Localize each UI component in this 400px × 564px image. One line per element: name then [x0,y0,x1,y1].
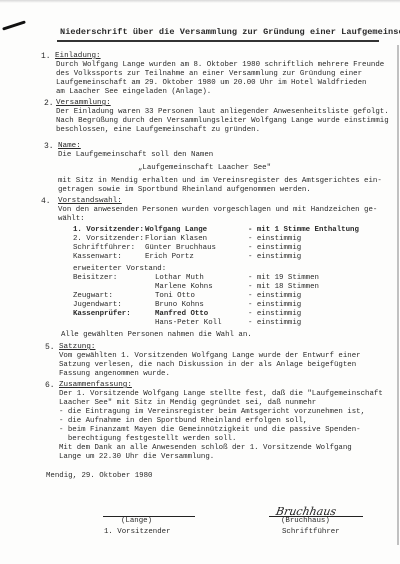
place-date: Mendig, 29. Oktober 1980 [46,472,152,481]
section-5-number: 5. [45,343,55,352]
section-5-line: Satzung verlesen, die nach Diskussion in… [59,361,356,370]
section-2-number: 2. [44,99,54,108]
board-role: 2. Vorsitzender: [73,235,144,244]
section-6-line: - die Eintragung im Vereinsregister beim… [59,408,365,417]
signature-role-bruchhaus: Schriftführer [282,528,340,536]
board-vote: - einstimmig [248,310,301,319]
section-4-line: Von den anwesenden Personen wurden vorge… [58,206,377,215]
section-4-number: 4. [41,197,51,206]
board-vote: - einstimmig [248,244,301,253]
signature-name-bruchhaus: (Bruchhaus) [281,517,330,525]
signature-role-lange: 1. Vorsitzender [104,528,171,536]
section-6-line: Lange um 22.30 Uhr die Versammlung. [59,453,214,462]
board-role: Beisitzer: [73,274,117,283]
board-name: Marlene Kohns [155,283,213,292]
section-1-line: Laufgemeinschaft am 29. Oktober 1980 um … [56,79,366,88]
section-5-line: Vom gewählten 1. Vorsitzenden Wolfgang L… [59,352,361,361]
section-5-line: Fassung angenommen wurde. [59,370,170,379]
section-1-line: am Laacher See eingeladen (Anlage). [56,88,211,97]
section-6-line: - die Aufnahme in den Sportbund Rheinlan… [59,417,307,426]
board-vote: - einstimmig [248,235,301,244]
section-4-line: wählt: [58,215,85,224]
section-6-heading: Zusammenfassung: [59,381,132,389]
board-name: Günter Bruchhaus [145,244,216,253]
section-3-number: 3. [44,142,54,151]
section-1-line: Durch Wolfgang Lange wurden am 8. Oktobe… [56,61,384,70]
section-6-line: Laacher See" mit Sitz in Mendig gegründe… [59,399,316,408]
scan-top-shadow [0,0,400,3]
section-2-line: Der Einladung waren 33 Personen laut anl… [56,108,389,117]
document-title: Niederschrift über die Versammlung zur G… [60,27,400,37]
section-6-line: berechtigung festgestellt werden soll. [59,435,236,444]
board-vote: - einstimmig [248,301,301,310]
board-name: Hans-Peter Koll [155,319,222,328]
board-role: 1. Vorsitzender: [73,226,144,235]
extended-board-label: erweiterter Vorstand: [73,265,166,274]
board-vote: - einstimmig [248,292,301,301]
board-role: Jugendwart: [73,301,122,310]
board-vote: - einstimmig [248,253,301,262]
signature-name-lange: (Lange) [121,517,152,525]
section-5-heading: Satzung: [59,343,95,351]
scan-right-edge [397,45,399,545]
board-role: Kassenwart: [73,253,122,262]
board-vote: - mit 19 Stimmen [248,274,319,283]
board-role: Kassenprüfer: [73,310,131,319]
board-name: Lothar Muth [155,274,204,283]
section-3-line: mit Sitz in Mendig erhalten und im Verei… [58,177,382,186]
section-6-number: 6. [45,381,55,390]
section-4-heading: Vorstandswahl: [58,197,122,205]
board-name: Toni Otto [155,292,195,301]
section-1-line: des Volkssports zur Teilnahme an einer V… [56,70,362,79]
section-2-line: beschlossen, eine Laufgemeinschaft zu gr… [56,126,260,135]
board-name: Florian Klasen [145,235,207,244]
section-1-number: 1. [41,52,51,61]
section-3-heading: Name: [58,142,81,150]
board-vote: - mit 18 Stimmen [248,283,319,292]
section-6-line: - beim Finanzamt Mayen die Gemeinnützigk… [59,426,361,435]
title-underline [57,40,379,42]
section-6-line: Mit dem Dank an alle Anwesenden schloß d… [59,444,352,453]
pen-mark [2,20,26,30]
board-role: Schriftführer: [73,244,135,253]
board-name: Erich Portz [145,253,194,262]
board-name: Bruno Kohns [155,301,204,310]
section-3-line: getragen sowie im Sportbund Rheinland au… [58,186,311,195]
section-1-heading: Einladung: [55,52,101,60]
board-vote: - einstimmig [248,319,301,328]
board-name: Wolfgang Lange [145,226,207,235]
board-vote: - mit 1 Stimme Enthaltung [248,226,359,235]
document-page: Niederschrift über die Versammlung zur G… [0,0,400,564]
club-name-quote: „Laufgemeinschaft Laacher See" [138,164,271,173]
section-2-heading: Versammlung: [56,99,111,107]
section-6-line: Der 1. Vorsitzende Wolfgang Lange stellt… [59,390,383,399]
board-role: Zeugwart: [73,292,113,301]
section-4-closing: Alle gewählten Personen nahmen die Wahl … [61,331,252,340]
section-2-line: Nach Begrüßung durch den Versammlungslei… [56,117,389,126]
section-3-line: Die Laufgemeinschaft soll den Namen [58,151,213,160]
board-name: Manfred Otto [155,310,208,319]
